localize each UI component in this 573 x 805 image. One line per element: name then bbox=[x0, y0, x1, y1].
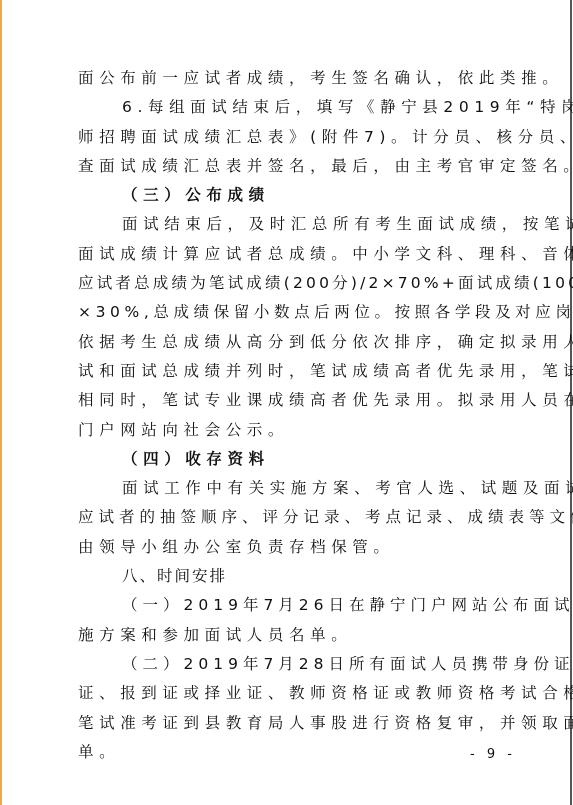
section-heading: （三）公布成绩 bbox=[78, 181, 498, 210]
left-page-edge bbox=[0, 0, 2, 805]
text-line: 试和面试总成绩并列时，笔试成绩高者优先录用，笔试成绩也 bbox=[78, 357, 498, 386]
text-line: 相同时，笔试专业课成绩高者优先录用。拟录用人员在静宁县 bbox=[78, 386, 498, 415]
text-line: 查面试成绩汇总表并签名，最后，由主考官审定签名。 bbox=[78, 152, 498, 181]
text-line: 施方案和参加面试人员名单。 bbox=[78, 621, 498, 650]
text-line: 面试工作中有关实施方案、考官人选、试题及面试过程中 bbox=[78, 474, 498, 503]
text-line: 面试成绩计算应试者总成绩。中小学文科、理科、音体美岗位 bbox=[78, 240, 498, 269]
text-line: 依据考生总成绩从高分到低分依次排序，确定拟录用人员。笔 bbox=[78, 328, 498, 357]
page-number: - 9 - bbox=[470, 747, 516, 762]
text-line: 门户网站向社会公示。 bbox=[78, 416, 498, 445]
text-line: 师招聘面试成绩汇总表》(附件7)。计分员、核分员、考官要复 bbox=[78, 123, 498, 152]
section-heading: （四）收存资料 bbox=[78, 445, 498, 474]
text-line: 面公布前一应试者成绩，考生签名确认，依此类推。 bbox=[78, 64, 498, 93]
text-line: 应试者总成绩为笔试成绩(200分)/2×70%+面试成绩(100分) bbox=[78, 269, 498, 298]
text-line: 6.每组面试结束后，填写《静宁县2019年“特岗计划”教 bbox=[78, 93, 498, 122]
text-line: ×30%,总成绩保留小数点后两位。按照各学段及对应岗位学科， bbox=[78, 298, 498, 327]
text-line: 由领导小组办公室负责存档保管。 bbox=[78, 533, 498, 562]
text-line: 面试结束后，及时汇总所有考生面试成绩，按笔试成绩和 bbox=[78, 210, 498, 239]
document-page: 面公布前一应试者成绩，考生签名确认，依此类推。 6.每组面试结束后，填写《静宁县… bbox=[78, 64, 498, 767]
text-line: （一）2019年7月26日在静宁门户网站公布面试工作实 bbox=[78, 591, 498, 620]
text-line: 证、报到证或择业证、教师资格证或教师资格考试合格证明和 bbox=[78, 679, 498, 708]
text-line: 应试者的抽签顺序、评分记录、考点记录、成绩表等文件资料， bbox=[78, 503, 498, 532]
text-line: （二）2019年7月28日所有面试人员携带身份证、毕业 bbox=[78, 650, 498, 679]
text-line: 笔试准考证到县教育局人事股进行资格复审，并领取面试通知 bbox=[78, 709, 498, 738]
text-line: 单。 bbox=[78, 738, 498, 767]
chapter-heading: 八、时间安排 bbox=[78, 562, 498, 591]
